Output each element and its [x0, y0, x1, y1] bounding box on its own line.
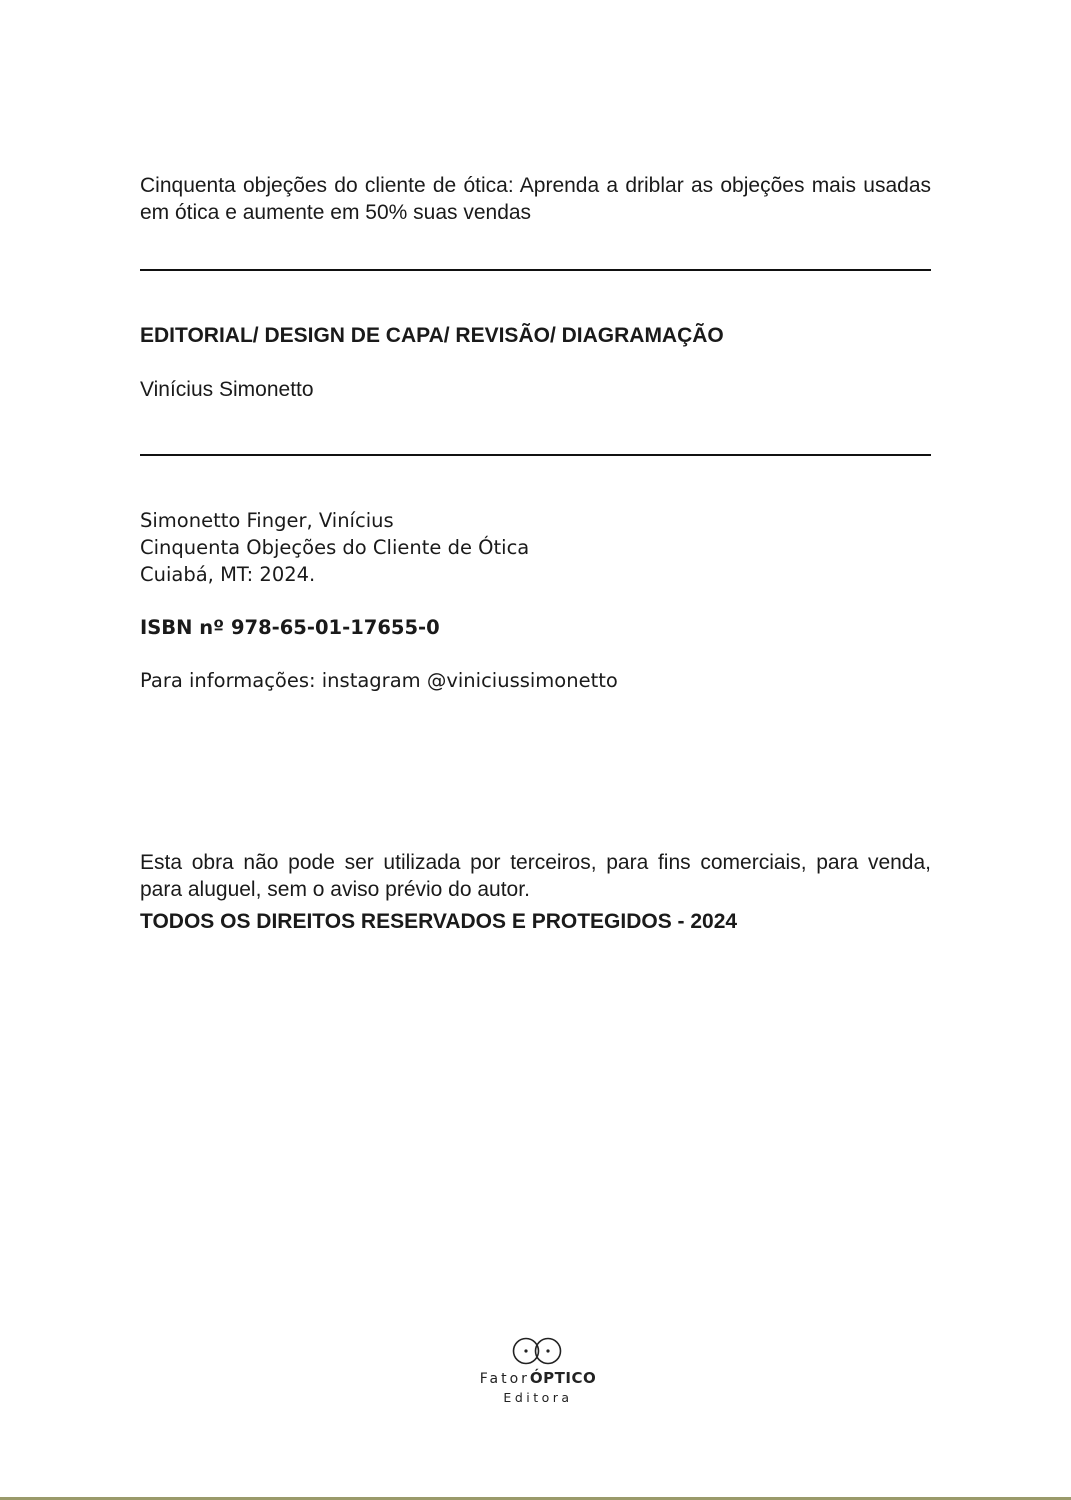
isbn-text: ISBN nº 978-65-01-17655-0: [140, 614, 931, 641]
book-title-text: Cinquenta objeções do cliente de ótica: …: [140, 172, 931, 226]
credits-name: Vinícius Simonetto: [140, 376, 931, 403]
publisher-subtitle: Editora: [470, 1390, 606, 1405]
contact-info: Para informações: instagram @viniciussim…: [140, 667, 931, 694]
publisher-name-word2: ÓPTICO: [530, 1369, 596, 1387]
divider-rule: [140, 269, 931, 271]
publisher-name: FatorÓPTICO: [470, 1369, 606, 1387]
glasses-circles-icon: [510, 1336, 566, 1366]
credits-heading: EDITORIAL/ DESIGN DE CAPA/ REVISÃO/ DIAG…: [140, 322, 931, 349]
catalog-imprint: Cuiabá, MT: 2024.: [140, 561, 931, 588]
divider-rule: [140, 454, 931, 456]
rights-reserved: TODOS OS DIREITOS RESERVADOS E PROTEGIDO…: [140, 908, 931, 935]
catalog-author: Simonetto Finger, Vinícius: [140, 507, 931, 534]
catalog-title: Cinquenta Objeções do Cliente de Ótica: [140, 534, 931, 561]
publisher-logo: FatorÓPTICO Editora: [470, 1336, 606, 1405]
rights-notice: Esta obra não pode ser utilizada por ter…: [140, 849, 931, 903]
publisher-name-word1: Fator: [480, 1371, 530, 1387]
catalog-record: Simonetto Finger, Vinícius Cinquenta Obj…: [140, 507, 931, 588]
